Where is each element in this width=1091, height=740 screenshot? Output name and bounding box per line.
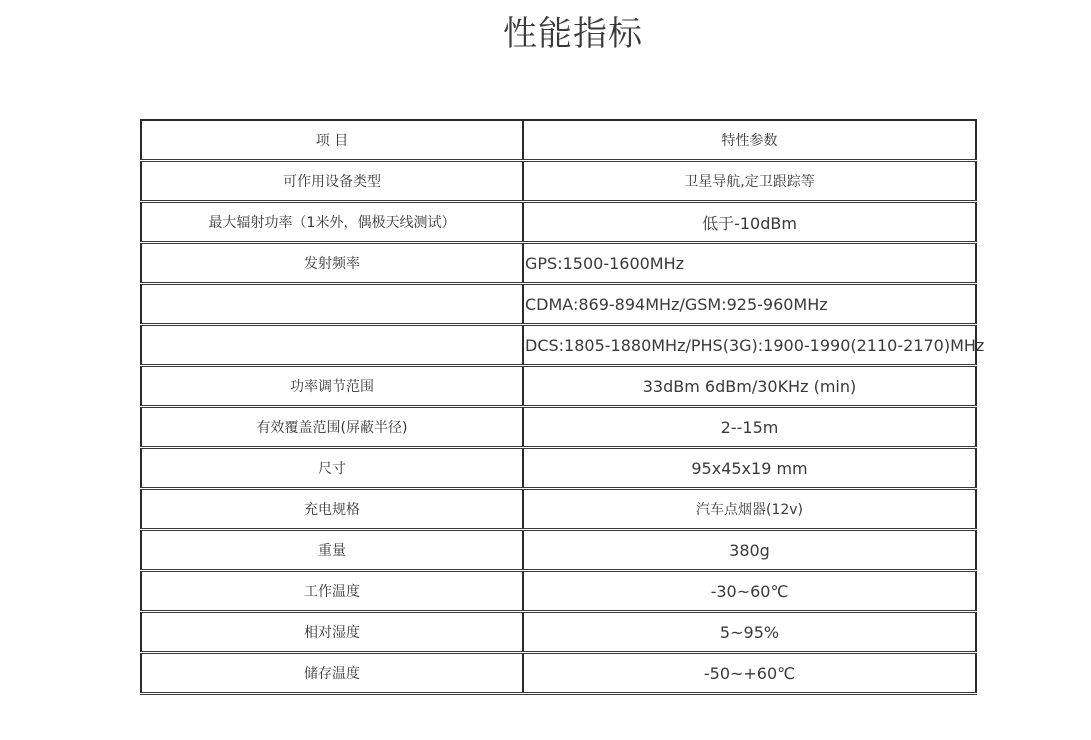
table-row: 储存温度 -50~+60℃ <box>141 653 976 694</box>
row-value: 33dBm 6dBm/30KHz (min) <box>523 366 976 407</box>
row-item: 相对湿度 <box>141 612 523 653</box>
table-row: 相对湿度 5~95% <box>141 612 976 653</box>
row-item: 重量 <box>141 530 523 571</box>
header-item: 项 目 <box>141 120 523 161</box>
row-item: 充电规格 <box>141 489 523 530</box>
row-value: CDMA:869-894MHz/GSM:925-960MHz <box>523 284 976 325</box>
row-value: 2--15m <box>523 407 976 448</box>
row-value: 380g <box>523 530 976 571</box>
row-value: 5~95% <box>523 612 976 653</box>
row-item: 有效覆盖范围(屏蔽半径) <box>141 407 523 448</box>
row-item: 工作温度 <box>141 571 523 612</box>
table-row: 充电规格 汽车点烟器(12v) <box>141 489 976 530</box>
page-title: 性能指标 <box>0 10 1091 58</box>
table-row: 最大辐射功率（1米外，偶极天线测试） 低于-10dBm <box>141 202 976 243</box>
row-item: 功率调节范围 <box>141 366 523 407</box>
row-item: 储存温度 <box>141 653 523 694</box>
table-row: 可作用设备类型 卫星导航,定卫跟踪等 <box>141 161 976 202</box>
row-value: -50~+60℃ <box>523 653 976 694</box>
table-row: 功率调节范围 33dBm 6dBm/30KHz (min) <box>141 366 976 407</box>
table-row: CDMA:869-894MHz/GSM:925-960MHz <box>141 284 976 325</box>
row-item: 最大辐射功率（1米外，偶极天线测试） <box>141 202 523 243</box>
row-item <box>141 284 523 325</box>
row-value: GPS:1500-1600MHz <box>523 243 976 284</box>
table-row: 重量 380g <box>141 530 976 571</box>
row-value: -30~60℃ <box>523 571 976 612</box>
table-row: 尺寸 95x45x19 mm <box>141 448 976 489</box>
row-value: 低于-10dBm <box>523 202 976 243</box>
table-header-row: 项 目 特性参数 <box>141 120 976 161</box>
spec-table: 项 目 特性参数 可作用设备类型 卫星导航,定卫跟踪等 最大辐射功率（1米外，偶… <box>140 119 977 695</box>
row-item: 尺寸 <box>141 448 523 489</box>
table-row: 有效覆盖范围(屏蔽半径) 2--15m <box>141 407 976 448</box>
row-item: 可作用设备类型 <box>141 161 523 202</box>
table-row: 工作温度 -30~60℃ <box>141 571 976 612</box>
row-value: 95x45x19 mm <box>523 448 976 489</box>
row-item: 发射频率 <box>141 243 523 284</box>
table-row: DCS:1805-1880MHz/PHS(3G):1900-1990(2110-… <box>141 325 976 366</box>
row-value: DCS:1805-1880MHz/PHS(3G):1900-1990(2110-… <box>523 325 976 366</box>
row-value: 卫星导航,定卫跟踪等 <box>523 161 976 202</box>
row-value: 汽车点烟器(12v) <box>523 489 976 530</box>
table-row: 发射频率 GPS:1500-1600MHz <box>141 243 976 284</box>
row-item <box>141 325 523 366</box>
header-value: 特性参数 <box>523 120 976 161</box>
